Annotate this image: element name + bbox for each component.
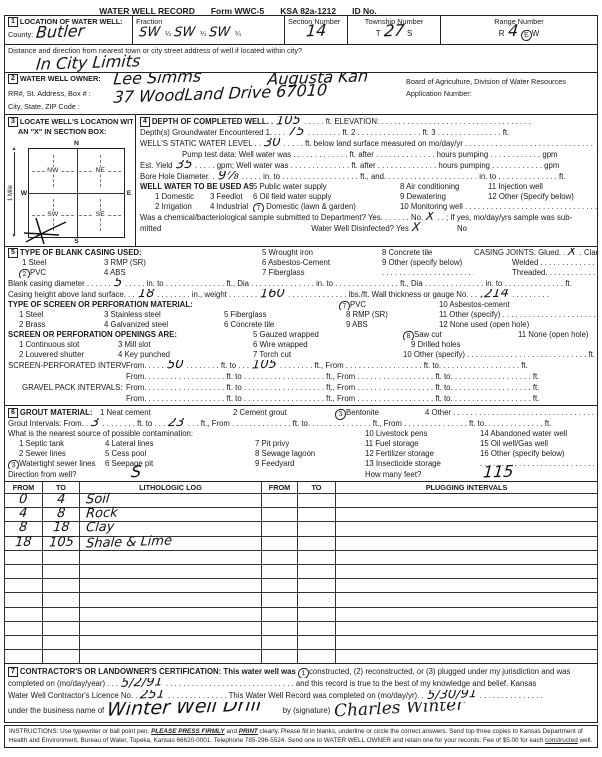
log-desc-value: Shale & Lime — [86, 538, 172, 547]
joints-threaded: Threaded. . . . . . . . . . . . . . . . … — [474, 268, 597, 278]
location-grid: 1LOCATION OF WATER WELL: County:Butler F… — [5, 16, 597, 44]
grout-to: . . . . . . . . ft. to . . . — [102, 419, 165, 428]
opening-2: 2 Louvered shutter — [8, 350, 118, 360]
plug-to-header: TO — [298, 482, 336, 494]
completed-on-label: completed on (mo/day/year) . . . — [8, 679, 118, 688]
spi-to-value: 105 — [252, 362, 277, 369]
groundwater-1-value: 75 — [288, 129, 305, 136]
material-8: 8 RMP (SR) — [339, 310, 439, 320]
one-mile-arrow: ▲ ▼ 1 Mile — [8, 140, 20, 246]
section-1-location: 1LOCATION OF WATER WELL: County:Butler F… — [4, 15, 598, 73]
section-3-heading-2: AN "X" IN SECTION BOX: — [8, 127, 133, 136]
use-option-10: 10 Monitoring well . . . . . . . . . . .… — [400, 202, 597, 212]
contamination-8: 8 Sewage lagoon — [255, 449, 365, 459]
log-to-value: 18 — [52, 525, 69, 532]
signature-label: by (signature) — [283, 706, 331, 715]
material-7: PVC — [350, 300, 366, 309]
grout-post: . . . ft., From . . . . . . . . . . . . … — [188, 419, 552, 428]
openings-grid: SCREEN OR PERFORATION OPENINGS ARE: 5 Ga… — [8, 330, 597, 360]
board-block: Board of Agriculture, Division of Water … — [406, 73, 597, 114]
opening-4: 4 Key punched — [118, 350, 253, 360]
contamination-3: Watertight sewer lines — [19, 459, 95, 468]
section-number-value: 14 — [306, 28, 327, 35]
record-completed-label: . . . . . . . . . . . . . . This Water W… — [168, 691, 424, 700]
grout-to-value: 23 — [168, 420, 185, 427]
contamination-12: 12 Fertilizer storage — [365, 449, 480, 459]
yield-value: 35 — [175, 162, 192, 169]
use-option-2: 2 Irrigation — [155, 202, 210, 212]
casing-option-9-dots: . . . . . . . . . . . . . . . . . . . . … — [382, 268, 474, 278]
material-1: 1 Steel — [8, 310, 104, 320]
section-7-number: 7 — [8, 667, 18, 677]
section-3-4-row: 3LOCATE WELL'S LOCATION WITH AN "X" IN S… — [4, 114, 598, 247]
county-value: Butler — [36, 28, 85, 36]
contamination-11: 11 Fuel storage — [365, 439, 480, 449]
nw-quadrant-label: NW — [45, 167, 60, 174]
joints-clamped: . Clamped. . . . . . — [580, 248, 597, 257]
business-name-value: Winter Well Drill — [107, 702, 262, 713]
intervals-grid: SCREEN-PERFORATED INTERVALS: From. . . .… — [8, 360, 597, 404]
feet-label: How many feet? — [365, 469, 480, 481]
owner-entries: Lee SimmsAugusta Kan 37 WoodLand Drive 6… — [110, 73, 406, 114]
disinfected-no-label: No — [457, 224, 467, 233]
depth-label: DEPTH OF COMPLETED WELL. . — [152, 117, 273, 126]
disinfected-row: mitted Water Well Disinfected? YesXNo — [140, 223, 597, 234]
spi-from: From. . . . . — [126, 361, 164, 370]
range-label: Range Number — [444, 17, 594, 26]
township-t: T — [376, 29, 381, 38]
section-1-number: 1 — [8, 17, 18, 27]
use-option-3: 3 Feedlot — [210, 192, 243, 202]
range-east-circled: E — [520, 29, 532, 41]
joints-glued-x-mark: X — [568, 248, 577, 254]
contamination-5: 5 Cess pool — [105, 449, 255, 459]
horizontal-midline — [29, 193, 124, 194]
ne-quadrant-label: NE — [94, 167, 107, 174]
section-2-owner: 2WATER WELL OWNER: RR#, St. Address, Box… — [4, 72, 598, 115]
record-date-post: . . . . . . . . . . . . . . . — [480, 691, 543, 700]
fraction-1: SW — [139, 30, 161, 37]
material-6: 6 Concrete tile — [224, 320, 339, 330]
depth-post: . . . . . ft. ELEVATION: . . . . . . . .… — [304, 117, 531, 126]
contamination-13: 13 Insecticide storage — [365, 459, 480, 469]
interval-blank-line: From. . . . . . . . . . . . . . . . . . … — [126, 382, 597, 393]
plug-from-header: FROM — [262, 482, 298, 494]
log-to-value: 105 — [49, 539, 74, 546]
record-date-value: 5/30/91 — [426, 691, 477, 699]
casing-option-9: 9 Other (specify below) — [382, 258, 474, 268]
use-option-5: 5 Public water supply — [253, 182, 400, 192]
grout-from-value: 3 — [91, 420, 100, 426]
sample-post: . . ; If yes, mo/day/yrs sample was sub- — [437, 213, 572, 222]
contamination-7: 7 Pit privy — [255, 439, 365, 449]
grout-option-4: 4 Other . . . . . . . . . . . . . . . . … — [425, 407, 597, 418]
city-label: City, State, ZIP Code : — [8, 102, 110, 111]
opening-5: 5 Gauzed wrapped — [253, 330, 403, 340]
use-option-6: 6 Oil field water supply — [253, 192, 400, 202]
spi-from-value: 50 — [166, 362, 183, 369]
section-3-location-box: 3LOCATE WELL'S LOCATION WITH AN "X" IN S… — [5, 115, 136, 246]
log-row-empty — [5, 650, 598, 664]
screen-material-grid: TYPE OF SCREEN OR PERFORATION MATERIAL: … — [8, 300, 597, 330]
mitted-continuation: mitted — [140, 223, 161, 234]
address-label: RR#, St. Address, Box # : — [8, 89, 110, 98]
section-3-heading-1: LOCATE WELL'S LOCATION WITH — [20, 117, 133, 126]
material-2: 2 Brass — [8, 320, 104, 330]
instructions-text: and — [225, 728, 239, 735]
water-well-record-form: WATER WELL RECORD Form WWC-5 KSA 82a-121… — [0, 0, 602, 757]
use-option-9: 9 Dewatering — [400, 192, 488, 202]
section-6-grout: 6GROUT MATERIAL: 1 Neat cement 2 Cement … — [4, 405, 598, 482]
feet-value: 115 — [483, 468, 514, 475]
fraction-2: SW — [174, 30, 196, 37]
opening-10: 10 Other (specify) . . . . . . . . . . .… — [403, 350, 597, 360]
log-from-value: 0 — [19, 497, 28, 503]
instructions-footer: INSTRUCTIONS: Use typewriter or ball poi… — [4, 725, 598, 748]
screen-perforated-label: SCREEN-PERFORATED INTERVALS: — [8, 360, 126, 371]
casing-option-2-circled: 2 — [18, 268, 30, 278]
joints-label: CASING JOINTS: Glued. . — [474, 248, 565, 257]
gauge-post: . . . . . . . . . — [512, 290, 549, 299]
material-10: 10 Asbestos-cement — [439, 300, 597, 310]
casing-option-6: 6 Asbestos-Cement — [262, 258, 382, 268]
use-option-12: 12 Other (Specify below) — [488, 192, 597, 202]
quarter-symbol: ¼ — [235, 31, 241, 38]
casing-option-1: 1 Steel — [8, 258, 104, 268]
casing-option-3: 3 RMP (SR) — [104, 258, 262, 268]
openings-heading: SCREEN OR PERFORATION OPENINGS ARE: — [8, 330, 253, 340]
casing-diameter-label: Blank casing diameter . . . . . . — [8, 279, 111, 288]
material-12: 12 None used (open hole) — [439, 320, 597, 330]
sample-question: Was a chemical/bacteriological sample su… — [140, 213, 423, 222]
log-from-value: 4 — [19, 511, 28, 517]
contamination-1: 1 Septic tank — [8, 439, 105, 449]
direction-row: Direction from well?S How many feet? 115 — [8, 469, 597, 481]
bore-label: Bore Hole Diameter. . — [140, 172, 215, 181]
well-location-x-mark — [23, 215, 69, 245]
screen-material-heading: TYPE OF SCREEN OR PERFORATION MATERIAL: — [8, 300, 339, 310]
section-4-depth: 4DEPTH OF COMPLETED WELL. .105. . . . . … — [136, 115, 597, 246]
weight-value: 160 — [260, 291, 285, 298]
county-label: County: — [8, 30, 33, 39]
log-row-empty — [5, 621, 598, 635]
section-4-number: 4 — [140, 117, 150, 127]
grout-material-row: 6GROUT MATERIAL: 1 Neat cement 2 Cement … — [8, 407, 597, 418]
grout-option-1: 1 Neat cement — [100, 407, 233, 418]
use-option-11: 11 Injection well — [488, 182, 597, 192]
contamination-15: 15 Oil well/Gas well — [480, 439, 597, 449]
yield-post: . . . . . gpm; Well water was . . . . . … — [195, 161, 559, 170]
fraction-cell: Fraction SW¼SW¼SW¼ — [132, 16, 284, 44]
groundwater-label: Depth(s) Groundwater Encountered 1. . . … — [140, 128, 285, 137]
section-2-number: 2 — [8, 74, 18, 84]
depth-value: 105 — [276, 118, 301, 125]
signature-value: Charles Winter — [334, 702, 465, 715]
static-level-value: 30 — [264, 140, 281, 147]
section-box-wrap: N W — [20, 140, 133, 246]
plugging-intervals-header: PLUGGING INTERVALS — [336, 482, 598, 494]
weight-label: . . . . . . . . in., weight . . . . . . … — [157, 290, 257, 299]
opening-7: 7 Torch cut — [253, 350, 403, 360]
east-label: E — [125, 190, 133, 197]
disinfected-label: Water Well Disinfected? Yes — [311, 224, 409, 233]
contamination-3-circled: 3 — [8, 459, 20, 469]
certification-options: constructed, (2) reconstructed, or (3) p… — [309, 667, 570, 676]
owner-heading: WATER WELL OWNER: — [20, 74, 101, 83]
location-heading-cell: 1LOCATION OF WATER WELL: County:Butler — [5, 16, 132, 44]
section-7-certification: 7CONTRACTOR'S OR LANDOWNER'S CERTIFICATI… — [4, 663, 598, 723]
material-9: 9 ABS — [339, 320, 439, 330]
log-row-empty — [5, 564, 598, 578]
opening-8: Saw cut — [414, 330, 442, 339]
casing-option-2: PVC — [30, 268, 46, 277]
spi-to: . . . . . . . . ft. to . . . — [186, 361, 249, 370]
log-from-value: 18 — [15, 539, 32, 546]
log-row: 18105Shale & Lime — [5, 536, 598, 550]
west-label: W — [20, 190, 28, 197]
opening-6: 6 Wire wrapped — [253, 340, 403, 350]
se-quadrant-label: SE — [94, 211, 107, 218]
use-option-7: Domestic (lawn & garden) — [266, 202, 356, 211]
log-row: 818Clay — [5, 522, 598, 536]
material-11: 11 Other (specify) . . . . . . . . . . .… — [439, 310, 597, 320]
contamination-2: 2 Sewer lines — [8, 449, 105, 459]
business-name-label: under the business name of — [8, 706, 104, 715]
instructions-text: well. — [578, 737, 592, 744]
section-square: NW NE SW SE — [28, 148, 125, 238]
opening-3: 3 Mill slot — [118, 340, 253, 350]
log-desc-value: Soil — [86, 497, 110, 504]
distance-value: In City Limits — [35, 54, 141, 72]
arrow-down-icon: ▼ — [12, 234, 17, 239]
licence-label: Water Well Contractor's Licence No. . — [8, 691, 137, 700]
grout-intervals-label: Grout Intervals: From. . — [8, 419, 88, 428]
township-cell: Township Number T27S — [347, 16, 440, 44]
interval-blank-line: From. . . . . . . . . . . . . . . . . . … — [126, 393, 597, 404]
log-row-empty — [5, 607, 598, 621]
static-level-label: WELL'S STATIC WATER LEVEL . . — [140, 139, 261, 148]
application-number-label: Application Number: — [406, 89, 594, 98]
joints-welded: Welded . . . . . . . . . . . . . . . . .… — [474, 258, 597, 268]
constructed-underline: constructed — [545, 737, 578, 744]
gravel-pack-label: GRAVEL PACK INTERVALS: — [8, 382, 126, 393]
casing-diameter-post: . . . . . in. to . . . . . . . . . . . .… — [125, 279, 572, 288]
completed-date-value: 5/2/91 — [121, 680, 163, 687]
casing-height-label: Casing height above land surface. . . — [8, 290, 135, 299]
sample-no-x-mark: X — [426, 213, 435, 219]
gauge-label: . . . . . . . . . . . . . . lbs./ft. Wal… — [288, 290, 477, 299]
use-option-7-circled: 7 — [253, 202, 265, 212]
log-row-empty — [5, 579, 598, 593]
direction-label: Direction from well? — [8, 470, 76, 479]
grout-option-2: 2 Cement grout — [233, 407, 335, 418]
north-label: N — [20, 140, 133, 148]
township-value: 27 — [383, 28, 404, 35]
log-from-value: 8 — [19, 525, 28, 531]
record-true-text: . . . . . . . . . . . . . . . . . . . . … — [166, 679, 537, 688]
yield-label: Est. Yield — [140, 161, 173, 170]
contamination-14: 14 Abandoned water well — [480, 429, 597, 439]
licence-value: 251 — [140, 692, 165, 699]
log-row-empty — [5, 635, 598, 649]
contamination-10: 10 Livestock pens — [365, 429, 480, 439]
log-desc-value: Clay — [86, 525, 115, 532]
material-4: 4 Galvanized steel — [104, 320, 224, 330]
grout-option-3: Bentonite — [346, 408, 379, 417]
log-to-value: 8 — [57, 511, 66, 517]
owner-address: 37 WoodLand Drive 67010 — [112, 87, 327, 111]
section-box-diagram: ▲ ▼ 1 Mile N W — [8, 140, 133, 246]
grout-heading: GROUT MATERIAL: — [20, 408, 93, 417]
contamination-4: 4 Lateral lines — [105, 439, 255, 449]
quarter-symbol: ¼ — [165, 31, 171, 38]
range-w: W — [532, 29, 540, 38]
lithologic-log-table: FROM TO LITHOLOGIC LOG FROM TO PLUGGING … — [4, 481, 598, 664]
groundwater-post: . . . . . . . . ft. 2 . . . . . . . . . … — [308, 128, 509, 137]
opening-9: 9 Drilled holes — [403, 340, 597, 350]
material-3: 3 Stainless steel — [104, 310, 224, 320]
township-s: S — [407, 29, 412, 38]
range-cell: Range Number R4EW — [440, 16, 597, 44]
certification-heading: CONTRACTOR'S OR LANDOWNER'S CERTIFICATIO… — [20, 667, 296, 676]
use-option-1: 1 Domestic — [155, 192, 210, 202]
casing-height-value: 18 — [137, 291, 154, 298]
board-label: Board of Agriculture, Division of Water … — [406, 77, 594, 86]
distance-row: Distance and direction from nearest town… — [5, 44, 597, 72]
log-row-empty — [5, 550, 598, 564]
quarter-symbol: ¼ — [200, 31, 206, 38]
range-r: R — [499, 29, 505, 38]
section-5-number: 5 — [8, 248, 18, 258]
material-7-circled: 7 — [339, 300, 351, 310]
material-5: 5 Fiberglass — [224, 310, 339, 320]
casing-diameter-value: 5 — [113, 280, 122, 286]
contamination-heading: What is the nearest source of possible c… — [8, 429, 365, 439]
print-emphasis: PRINT — [239, 728, 258, 735]
log-to-value: 4 — [57, 497, 66, 503]
section-6-number: 6 — [8, 408, 18, 418]
fraction-3: SW — [209, 30, 231, 37]
spi-post: . . . . . . . . ft., From . . . . . . . … — [280, 361, 528, 370]
use-option-8: 8 Air conditioning — [400, 182, 488, 192]
one-mile-label: 1 Mile — [9, 183, 14, 203]
contamination-9: 9 Feedyard — [255, 459, 365, 469]
instructions-text: INSTRUCTIONS: Use typewriter or ball poi… — [9, 728, 151, 735]
casing-option-8: 8 Concrete tile — [382, 248, 474, 258]
casing-option-5: 5 Wrought iron — [262, 248, 382, 258]
bore-value: 9⅞ — [217, 173, 238, 180]
opening-11: 11 None (open hole) — [518, 330, 597, 340]
pump-test-line: Pump test data: Well water was . . . . .… — [140, 149, 597, 160]
use-heading: WELL WATER TO BE USED AS: — [140, 182, 253, 192]
log-desc-value: Rock — [86, 511, 118, 518]
static-level-post: . . . . . ft. below land surface measure… — [283, 139, 592, 148]
casing-option-7: 7 Fiberglass — [262, 268, 382, 278]
disinfected-yes-x-mark: X — [411, 224, 420, 230]
contamination-16: 16 Other (specify below) — [480, 449, 597, 459]
section-3-number: 3 — [8, 117, 18, 127]
opening-8-circled: 8 — [403, 330, 415, 340]
bore-post: . . . . . in. to . . . . . . . . . . . .… — [241, 172, 565, 181]
blank-casing-grid: 5TYPE OF BLANK CASING USED: 5 Wrought ir… — [8, 248, 597, 278]
opening-1: 1 Continuous slot — [8, 340, 118, 350]
constructed-1-circled: 1 — [297, 668, 309, 679]
section-number-cell: Section Number 14 — [284, 16, 347, 44]
owner-labels: 2WATER WELL OWNER: RR#, St. Address, Box… — [5, 73, 110, 114]
casing-heading: TYPE OF BLANK CASING USED: — [20, 248, 142, 257]
interval-blank-line: From. . . . . . . . . . . . . . . . . . … — [126, 371, 597, 382]
gauge-value: .214 — [480, 290, 509, 297]
direction-value: S — [131, 469, 142, 475]
log-row-empty — [5, 593, 598, 607]
casing-option-4: 4 ABS — [104, 268, 262, 278]
well-use-grid: WELL WATER TO BE USED AS: 5 Public water… — [140, 182, 597, 212]
contamination-6: 6 Seepage pit — [105, 459, 255, 469]
use-option-4: 4 Industrial — [210, 202, 248, 212]
press-firmly-emphasis: PLEASE PRESS FIRMLY — [151, 728, 225, 735]
section-5-casing: 5TYPE OF BLANK CASING USED: 5 Wrought ir… — [4, 246, 598, 406]
range-value: 4 — [507, 28, 518, 34]
